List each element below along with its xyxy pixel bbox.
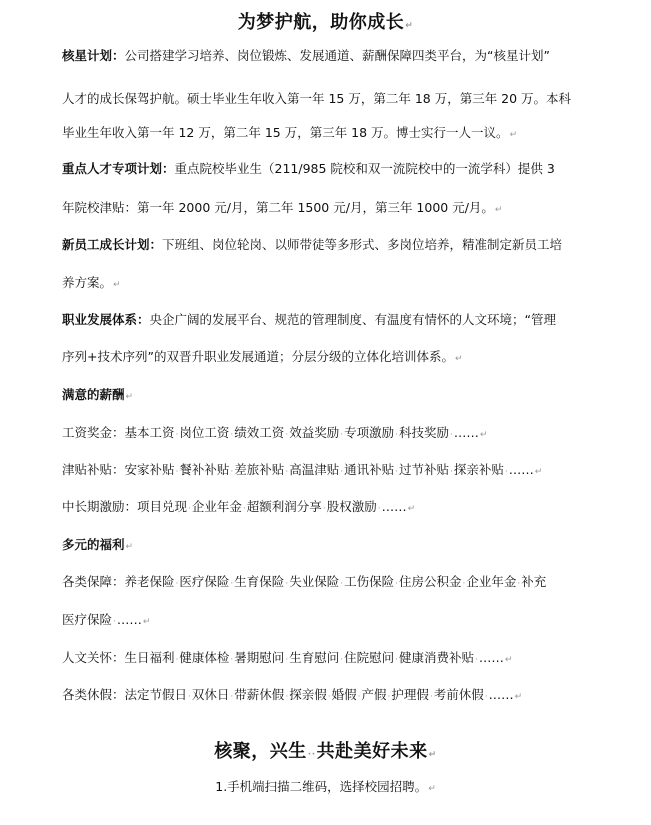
list-item: 科技奖励 <box>399 425 449 440</box>
hexing-plan-text: 人才的成长保驾护航。硕士毕业生年收入第一年 15 万，第二年 18 万，第三年 … <box>62 91 571 106</box>
list-item: 岗位工资 <box>179 425 229 440</box>
career-system-text: 序列+技术序列”的双晋升职业发展通道；分层分级的立体化培训体系。 <box>62 349 454 364</box>
paragraph-mark-icon: ↵ <box>113 280 121 290</box>
list-item: 养老保险 <box>125 574 175 589</box>
list-item: 基本工资 <box>125 425 175 440</box>
key-talent-plan-line2: 年院校津贴：第一年 2000 元/月，第二年 1500 元/月，第三年 1000… <box>62 200 582 218</box>
career-system-label: 职业发展体系： <box>62 312 150 327</box>
list-item: 产假 <box>361 687 386 702</box>
list-item: 护理假 <box>391 687 429 702</box>
list-item: 企业年金 <box>192 499 242 514</box>
welfare-heading: 多元的福利↵ <box>62 537 582 555</box>
list-item: 项目兑现 <box>137 499 187 514</box>
hexing-plan-text: 毕业生年收入第一年 12 万，第二年 15 万，第三年 18 万。博士实行一人一… <box>62 125 509 140</box>
list-item: 专项激励 <box>344 425 394 440</box>
new-staff-plan-text: 下班组、岗位轮岗、以师带徒等多形式、多岗位培养，精准制定新员工培 <box>162 237 562 252</box>
closing-title-part1: 核聚，兴生 <box>214 741 307 762</box>
salary-incentives-line: 中长期激励：项目兑现·企业年金·超额利润分享·股权激励·……↵ <box>62 499 582 517</box>
ellipsis: …… <box>454 425 479 440</box>
list-item: 股权激励 <box>327 499 377 514</box>
welfare-leave-line: 各类休假：法定节假日·双休日·带薪休假·探亲假·婚假·产假·护理假·考前休假·…… <box>62 687 582 705</box>
hexing-plan-line1: 核星计划：公司搭建学习培养、岗位锻炼、发展通道、薪酬保障四类平台，为“核星计划” <box>62 48 582 64</box>
welfare-care-line: 人文关怀：生日福利·健康体检·暑期慰问·生育慰问·住院慰问·健康消费补贴·……↵ <box>62 650 582 668</box>
document-title: 为梦护航，助你成长↵ <box>0 8 651 34</box>
list-item: 企业年金 <box>466 574 516 589</box>
key-talent-plan-label: 重点人才专项计划： <box>62 161 175 176</box>
closing-title-part2: 共赴美好未来 <box>317 741 428 762</box>
welfare-heading-text: 多元的福利 <box>62 537 125 552</box>
welfare-insurance-line1: 各类保障：养老保险·医疗保险·生育保险·失业保险·工伤保险·住房公积金·企业年金… <box>62 574 582 592</box>
paragraph-mark-icon: ↵ <box>505 655 513 665</box>
hexing-plan-text: 公司搭建学习培养、岗位锻炼、发展通道、薪酬保障四类平台，为“核星计划” <box>125 48 550 63</box>
list-label: 工资奖金： <box>62 425 125 440</box>
title-text: 为梦护航，助你成长 <box>238 12 405 33</box>
ellipsis: …… <box>117 612 142 627</box>
list-item: 考前休假 <box>434 687 484 702</box>
list-item: 生育慰问 <box>289 650 339 665</box>
paragraph-mark-icon: ↵ <box>126 542 134 552</box>
salary-heading: 满意的薪酬↵ <box>62 387 582 405</box>
closing-step-1: 1.手机端扫描二维码，选择校园招聘。↵ <box>0 779 651 797</box>
ellipsis: …… <box>489 687 514 702</box>
list-item: 双休日 <box>192 687 230 702</box>
list-item: 探亲补贴 <box>454 462 504 477</box>
list-item: 高温津贴 <box>289 462 339 477</box>
list-item: 工伤保险 <box>344 574 394 589</box>
ellipsis: …… <box>509 462 534 477</box>
list-label: 各类保障： <box>62 574 125 589</box>
hexing-plan-label: 核星计划： <box>62 48 125 63</box>
paragraph-mark-icon: ↵ <box>126 392 134 402</box>
list-item: 餐补补贴 <box>179 462 229 477</box>
list-label: 人文关怀： <box>62 650 125 665</box>
hexing-plan-line2: 人才的成长保驾护航。硕士毕业生年收入第一年 15 万，第二年 18 万，第三年 … <box>62 91 582 107</box>
list-item: 暑期慰问 <box>234 650 284 665</box>
step-1-text: 1.手机端扫描二维码，选择校园招聘。 <box>215 779 427 794</box>
list-label: 中长期激励： <box>62 499 137 514</box>
paragraph-mark-icon: ↵ <box>429 750 437 760</box>
list-item: 安家补贴 <box>125 462 175 477</box>
list-item: 差旅补贴 <box>234 462 284 477</box>
paragraph-mark-icon: ↵ <box>455 354 463 364</box>
new-staff-plan-label: 新员工成长计划： <box>62 237 162 252</box>
list-item: 通讯补贴 <box>344 462 394 477</box>
salary-allowances-line: 津贴补贴：安家补贴·餐补补贴·差旅补贴·高温津贴·通讯补贴·过节补贴·探亲补贴·… <box>62 462 582 480</box>
list-item: 超额利润分享 <box>247 499 322 514</box>
separator-dots: ·· <box>307 750 317 760</box>
key-talent-plan-text: 重点院校毕业生（211/985 院校和双一流院校中的一流学科）提供 3 <box>175 161 555 176</box>
list-item: 效益奖励 <box>289 425 339 440</box>
list-item: 带薪休假 <box>234 687 284 702</box>
list-item: 健康体检 <box>179 650 229 665</box>
list-label: 各类休假： <box>62 687 125 702</box>
salary-heading-text: 满意的薪酬 <box>62 387 125 402</box>
list-item: 医疗保险 <box>179 574 229 589</box>
key-talent-plan-line1: 重点人才专项计划：重点院校毕业生（211/985 院校和双一流院校中的一流学科）… <box>62 161 582 177</box>
new-staff-plan-line2: 养方案。↵ <box>62 275 582 293</box>
list-item: 过节补贴 <box>399 462 449 477</box>
hexing-plan-line3: 毕业生年收入第一年 12 万，第二年 15 万，第三年 18 万。博士实行一人一… <box>62 125 582 143</box>
list-item: 住院慰问 <box>344 650 394 665</box>
list-item: 婚假 <box>332 687 357 702</box>
closing-title: 核聚，兴生··共赴美好未来↵ <box>0 737 651 763</box>
list-item: 法定节假日 <box>125 687 188 702</box>
paragraph-mark-icon: ↵ <box>428 784 436 794</box>
career-system-line2: 序列+技术序列”的双晋升职业发展通道；分层分级的立体化培训体系。↵ <box>62 349 582 367</box>
list-item: 住房公积金 <box>399 574 462 589</box>
list-item: 失业保险 <box>289 574 339 589</box>
list-item: 绩效工资 <box>234 425 284 440</box>
ellipsis: …… <box>479 650 504 665</box>
paragraph-mark-icon: ↵ <box>480 430 488 440</box>
list-item: 生日福利 <box>125 650 175 665</box>
paragraph-mark-icon: ↵ <box>535 467 543 477</box>
welfare-insurance-line2: 医疗保险·……↵ <box>62 612 582 630</box>
ellipsis: …… <box>382 499 407 514</box>
paragraph-mark-icon: ↵ <box>510 130 518 140</box>
list-item: 医疗保险 <box>62 612 112 627</box>
paragraph-mark-icon: ↵ <box>408 504 416 514</box>
new-staff-plan-text: 养方案。 <box>62 275 112 290</box>
list-label: 津贴补贴： <box>62 462 125 477</box>
paragraph-mark-icon: ↵ <box>515 692 523 702</box>
paragraph-mark-icon: ↵ <box>495 205 503 215</box>
career-system-text: 央企广阔的发展平台、规范的管理制度、有温度有情怀的人文环境；“管理 <box>150 312 556 327</box>
list-item: 生育保险 <box>234 574 284 589</box>
paragraph-mark-icon: ↵ <box>143 617 151 627</box>
new-staff-plan-line1: 新员工成长计划：下班组、岗位轮岗、以师带徒等多形式、多岗位培养，精准制定新员工培 <box>62 237 582 253</box>
list-item: 健康消费补贴 <box>399 650 474 665</box>
career-system-line1: 职业发展体系：央企广阔的发展平台、规范的管理制度、有温度有情怀的人文环境；“管理 <box>62 312 582 328</box>
list-item: 探亲假 <box>289 687 327 702</box>
key-talent-plan-text: 年院校津贴：第一年 2000 元/月，第二年 1500 元/月，第三年 1000… <box>62 200 494 215</box>
paragraph-mark-icon: ↵ <box>405 21 413 31</box>
list-item: 补充 <box>521 574 546 589</box>
salary-wages-line: 工资奖金：基本工资·岗位工资·绩效工资·效益奖励·专项激励·科技奖励·……↵ <box>62 425 582 443</box>
